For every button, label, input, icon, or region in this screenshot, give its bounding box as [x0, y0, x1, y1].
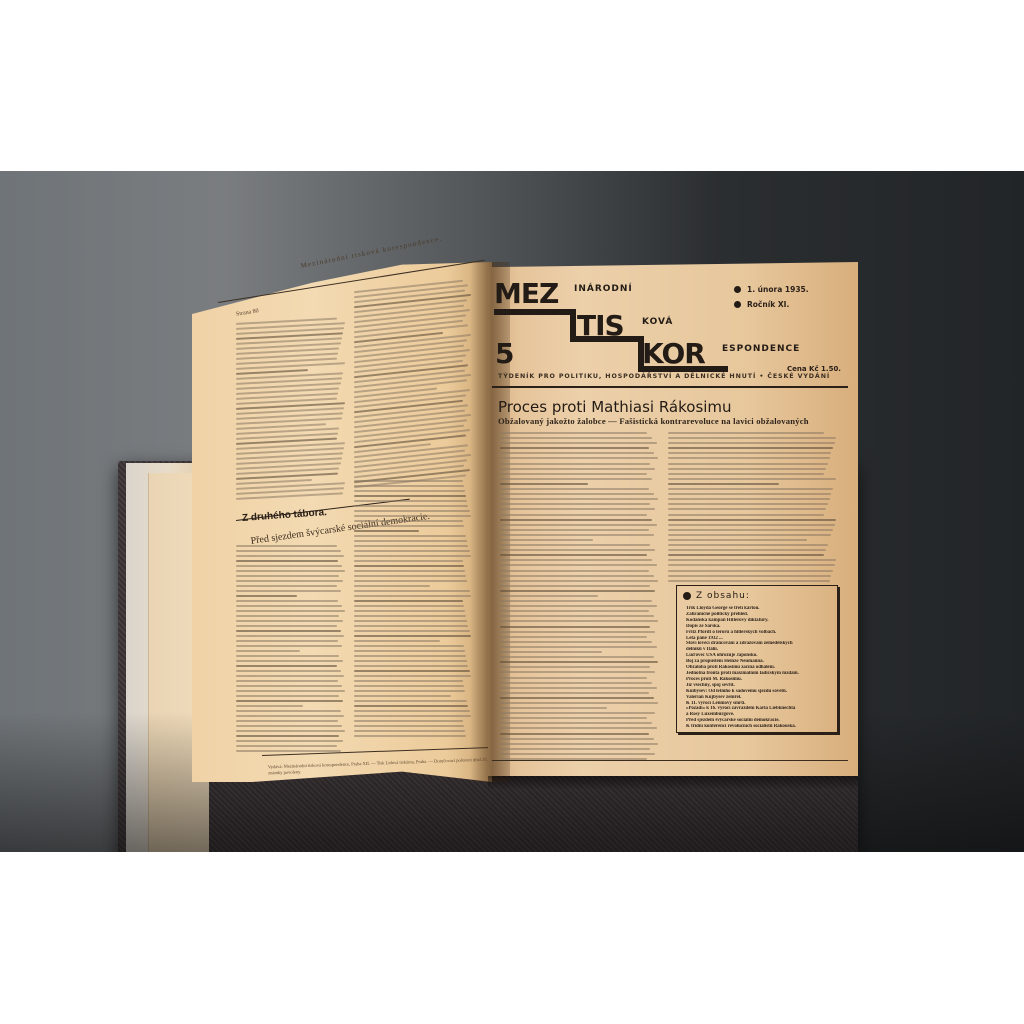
text-line	[668, 498, 830, 500]
text-line	[668, 508, 826, 510]
volume-text: Ročník XI.	[747, 300, 789, 309]
text-line	[500, 457, 658, 459]
text-line	[236, 630, 341, 632]
text-line	[500, 452, 654, 454]
text-line	[354, 680, 463, 682]
masthead-bar	[638, 366, 728, 372]
text-line	[236, 575, 339, 577]
text-line	[668, 549, 826, 551]
text-line	[668, 452, 831, 454]
text-line	[668, 524, 835, 526]
left-text-column-1	[236, 317, 346, 503]
text-line	[236, 615, 339, 617]
text-line	[500, 702, 658, 704]
masthead-inarodni: INÁRODNÍ	[574, 284, 633, 294]
text-line	[354, 685, 464, 687]
text-line	[236, 690, 345, 692]
text-line	[500, 493, 654, 495]
text-line	[354, 725, 464, 727]
text-line	[668, 534, 831, 536]
text-line	[236, 670, 341, 672]
bullet-icon	[683, 592, 691, 600]
text-line	[668, 539, 807, 541]
price: Cena Kč 1.50.	[787, 365, 841, 373]
text-line	[354, 550, 470, 552]
text-line	[668, 503, 828, 505]
text-line	[668, 529, 833, 531]
text-line	[354, 650, 465, 652]
text-line	[500, 570, 649, 572]
text-line	[354, 535, 466, 537]
text-line	[668, 457, 830, 459]
text-line	[500, 656, 654, 658]
text-line	[500, 646, 657, 648]
text-line	[354, 690, 465, 692]
text-line	[668, 580, 830, 582]
text-line	[236, 620, 343, 622]
text-line	[354, 730, 465, 732]
text-line	[354, 540, 467, 542]
text-line	[500, 610, 649, 612]
masthead-subtitle: TÝDENÍK PRO POLITIKU, HOSPODÁŘSTVÍ A DĚL…	[498, 373, 830, 380]
text-line	[354, 600, 463, 602]
text-line	[236, 600, 338, 602]
text-line	[354, 505, 468, 507]
masthead-kor: KOR	[642, 340, 705, 368]
text-line	[354, 565, 464, 567]
text-line	[236, 595, 297, 597]
text-line	[500, 549, 655, 551]
masthead-espondence: ESPONDENCE	[722, 344, 800, 354]
text-line	[354, 640, 440, 642]
text-line	[500, 590, 655, 592]
text-line	[354, 610, 465, 612]
text-line	[500, 707, 607, 709]
text-line	[500, 564, 657, 566]
text-line	[236, 625, 337, 627]
text-line	[354, 570, 465, 572]
text-line	[500, 600, 652, 602]
text-line	[500, 626, 650, 628]
text-line	[236, 640, 338, 642]
masthead-rule	[492, 386, 848, 388]
text-line	[354, 735, 466, 737]
text-line	[354, 665, 468, 667]
masthead: MEZ INÁRODNÍ TIS KOVÁ KOR ESPONDENCE 5 1…	[494, 280, 844, 380]
text-line	[354, 630, 470, 632]
text-line	[500, 636, 647, 638]
text-line	[668, 554, 824, 556]
contents-item: K třídní konferenci revolučních socialis…	[686, 724, 831, 730]
text-line	[236, 725, 342, 727]
text-line	[500, 651, 602, 653]
article-subheadline: Obžalovaný jakožto žalobce — Fašistická …	[498, 416, 809, 426]
text-line	[668, 463, 828, 465]
text-line	[500, 727, 657, 729]
text-line	[354, 495, 466, 497]
text-line	[354, 490, 465, 492]
text-line	[668, 473, 824, 475]
text-line	[236, 560, 338, 562]
contents-list: Trik Lloyda George se třetí kartou.Zahra…	[683, 606, 831, 730]
text-line	[668, 564, 835, 566]
text-line	[668, 570, 833, 572]
text-line	[236, 695, 339, 697]
text-line	[354, 720, 463, 722]
text-line	[354, 530, 419, 532]
text-line	[668, 559, 836, 561]
text-line	[500, 631, 655, 633]
text-line	[236, 660, 343, 662]
text-line	[236, 705, 303, 707]
text-line	[500, 432, 647, 434]
contents-title-text: Z obsahu:	[696, 591, 750, 601]
text-line	[500, 463, 650, 465]
text-line	[500, 529, 649, 531]
masthead-mez: MEZ	[494, 280, 558, 308]
text-line	[354, 485, 464, 487]
left-text-column-2-lower	[354, 480, 472, 740]
text-line	[668, 442, 835, 444]
text-line	[500, 666, 650, 668]
text-line	[236, 635, 344, 637]
text-line	[354, 580, 467, 582]
text-line	[236, 590, 341, 592]
text-line	[236, 665, 337, 667]
text-line	[500, 478, 652, 480]
text-line	[500, 508, 655, 510]
text-line	[500, 743, 658, 745]
text-line	[500, 748, 650, 750]
text-line	[354, 515, 471, 517]
text-line	[500, 488, 649, 490]
text-line	[500, 468, 655, 470]
text-line	[354, 585, 430, 587]
text-line	[500, 585, 650, 587]
text-line	[500, 620, 658, 622]
text-line	[354, 605, 464, 607]
text-line	[236, 645, 342, 647]
text-line	[354, 480, 463, 482]
text-line	[500, 483, 588, 485]
text-line	[236, 740, 343, 742]
text-line	[354, 560, 463, 562]
text-line	[354, 635, 471, 637]
text-line	[500, 580, 658, 582]
text-line	[236, 545, 337, 547]
text-line	[354, 500, 467, 502]
issue-number: 5	[495, 340, 513, 368]
text-line	[354, 595, 471, 597]
text-line	[500, 753, 655, 755]
text-line	[500, 503, 650, 505]
text-line	[236, 605, 342, 607]
text-line	[236, 650, 300, 652]
text-line	[500, 687, 657, 689]
text-line	[354, 520, 463, 522]
text-line	[354, 710, 470, 712]
text-line	[354, 510, 470, 512]
text-line	[500, 595, 598, 597]
text-line	[354, 615, 466, 617]
text-line	[236, 570, 345, 572]
text-line	[236, 715, 344, 717]
text-line	[500, 692, 649, 694]
text-line	[500, 437, 652, 439]
article-headline: Proces proti Mathiasi Rákosimu	[498, 398, 732, 416]
text-line	[500, 641, 652, 643]
left-text-column-2	[354, 279, 472, 491]
text-line	[668, 432, 824, 434]
text-line	[236, 730, 345, 732]
text-line	[236, 585, 337, 587]
text-line	[236, 610, 345, 612]
text-line	[500, 554, 647, 556]
text-line	[668, 468, 826, 470]
text-line	[236, 685, 342, 687]
text-line	[668, 514, 824, 516]
text-line	[354, 620, 467, 622]
text-line	[236, 555, 344, 557]
contents-box: Z obsahu: Trik Lloyda George se třetí ka…	[676, 585, 838, 733]
text-line	[500, 712, 655, 714]
masthead-kova: KOVÁ	[642, 317, 673, 327]
bullet-icon	[734, 286, 741, 293]
text-line	[354, 555, 471, 557]
text-line	[668, 478, 836, 480]
date-text: 1. února 1935.	[747, 285, 809, 294]
text-line	[354, 525, 464, 527]
text-line	[354, 715, 471, 717]
text-line	[500, 447, 649, 449]
text-line	[354, 705, 468, 707]
text-line	[354, 675, 471, 677]
text-line	[236, 745, 337, 747]
text-line	[500, 733, 649, 735]
masthead-bar	[494, 309, 574, 315]
text-line	[668, 488, 833, 490]
text-line	[500, 697, 654, 699]
text-line	[500, 519, 652, 521]
text-line	[236, 720, 338, 722]
text-line	[668, 575, 831, 577]
text-line	[500, 738, 654, 740]
text-line	[668, 519, 836, 521]
masthead-bar	[570, 336, 642, 342]
text-line	[354, 695, 451, 697]
issue-volume: Ročník XI.	[734, 300, 789, 309]
text-line	[236, 750, 341, 752]
text-line	[500, 677, 647, 679]
text-line	[236, 565, 342, 567]
text-line	[668, 437, 836, 439]
right-text-column-2	[668, 432, 838, 585]
text-line	[668, 493, 831, 495]
text-line	[500, 544, 650, 546]
bullet-icon	[734, 301, 741, 308]
text-line	[236, 550, 341, 552]
contents-title: Z obsahu:	[683, 591, 831, 601]
left-text-column-1-lower	[236, 545, 346, 755]
text-line	[500, 524, 657, 526]
text-line	[354, 700, 467, 702]
text-line	[236, 655, 339, 657]
text-line	[500, 534, 654, 536]
text-line	[668, 483, 779, 485]
text-line	[236, 700, 343, 702]
text-line	[354, 670, 470, 672]
page-shadow	[488, 776, 858, 790]
text-line	[500, 514, 647, 516]
text-line	[500, 661, 658, 663]
text-line	[500, 473, 647, 475]
issue-date: 1. února 1935.	[734, 285, 809, 294]
text-line	[354, 545, 468, 547]
text-line	[354, 660, 467, 662]
text-line	[500, 717, 647, 719]
text-line	[500, 605, 657, 607]
text-line	[236, 680, 338, 682]
text-line	[500, 539, 593, 541]
text-line	[500, 722, 652, 724]
text-line	[236, 735, 339, 737]
right-footer-rule	[492, 760, 848, 761]
text-line	[500, 615, 654, 617]
text-line	[500, 575, 654, 577]
text-line	[354, 645, 464, 647]
text-line	[354, 655, 466, 657]
text-line	[500, 442, 657, 444]
text-line	[500, 682, 652, 684]
text-line	[236, 675, 344, 677]
text-line	[236, 710, 341, 712]
text-line	[354, 590, 470, 592]
text-line	[500, 671, 655, 673]
text-line	[668, 447, 833, 449]
text-line	[500, 559, 652, 561]
text-line	[500, 498, 658, 500]
text-line	[354, 575, 466, 577]
text-line	[236, 580, 343, 582]
text-line	[354, 625, 468, 627]
right-text-column-1	[500, 432, 660, 763]
text-line	[668, 544, 828, 546]
